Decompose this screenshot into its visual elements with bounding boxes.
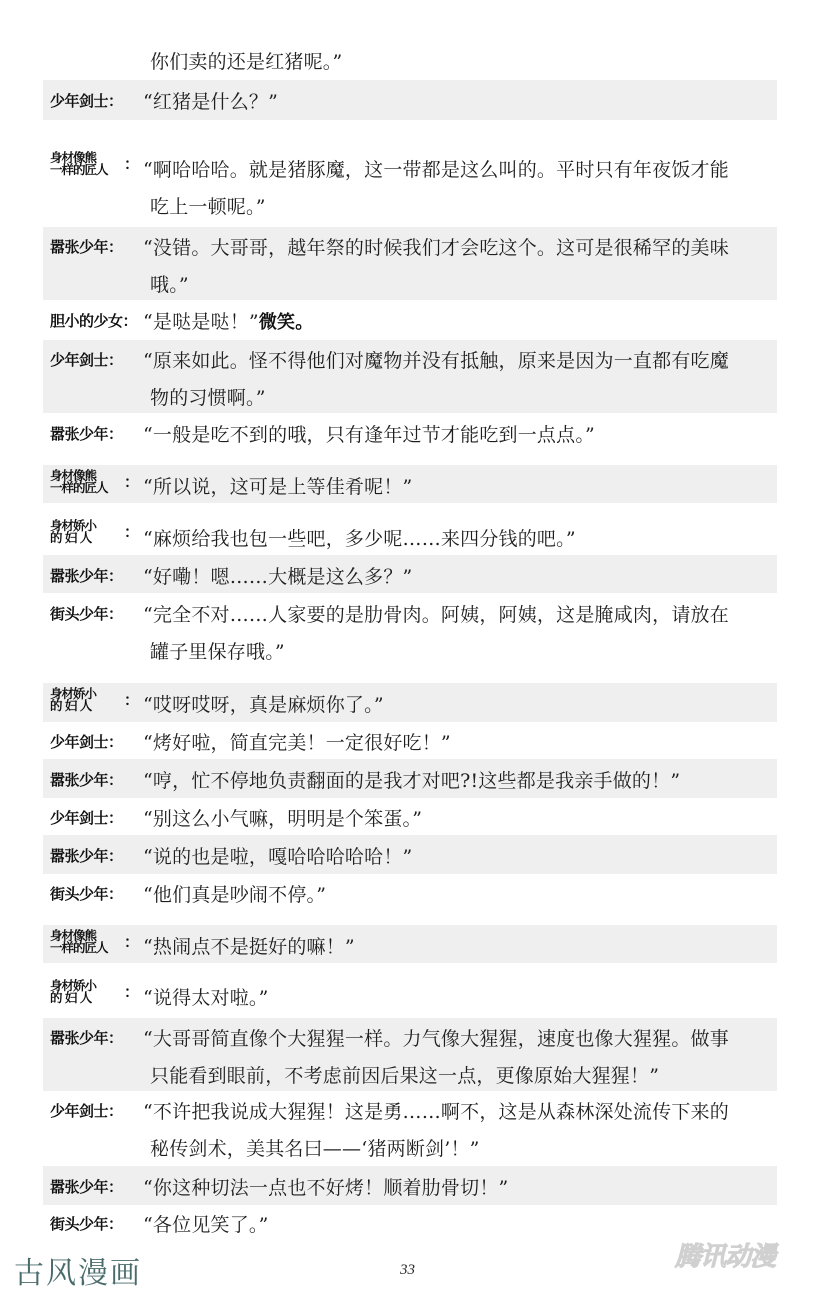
dialogue-text: “好嘞！嗯……大概是这么多？” — [143, 562, 412, 589]
dialogue-text: “不许把我说成大猩猩！这是勇……啊不，这是从森林深处流传下来的 — [143, 1097, 729, 1124]
watermark-gufeng: 古风漫画 — [14, 1248, 142, 1291]
watermark-tencent: 腾讯动漫 — [675, 1236, 775, 1273]
dialogue-text: “麻烦给我也包一些吧，多少呢……来四分钱的吧。” — [143, 524, 576, 551]
dialogue-continuation: 吃上一顿呢。” — [150, 192, 266, 219]
speaker-name: 胆小的少女： — [50, 310, 137, 331]
speaker-name: 少年剑士： — [50, 1100, 123, 1121]
speaker-name: 嚣张少年： — [50, 769, 123, 790]
dialogue-text: “啊哈哈哈。就是猪豚魔，这一带都是这么叫的。平时只有年夜饭才能 — [143, 155, 729, 182]
speaker-name: 身材娇小的 妇 人： — [50, 520, 96, 544]
speaker-name: 嚣张少年： — [50, 845, 123, 866]
speaker-name: 街头少年： — [50, 603, 123, 624]
speaker-name: 嚣张少年： — [50, 565, 123, 586]
dialogue-text: “别这么小气嘛，明明是个笨蛋。” — [143, 804, 422, 831]
speaker-name: 身材像熊一样的匠人： — [50, 470, 108, 494]
dialogue-continuation: 罐子里保存哦。” — [150, 637, 285, 664]
dialogue-text: “他们真是吵闹不停。” — [143, 880, 326, 907]
dialogue-text: “热闹点不是挺好的嘛！” — [143, 932, 355, 959]
dialogue-text: “哎呀哎呀，真是麻烦你了。” — [143, 690, 384, 717]
speaker-name: 身材娇小的 妇 人： — [50, 980, 96, 1004]
speaker-name: 身材像熊一样的匠人： — [50, 930, 108, 954]
speaker-name: 嚣张少年： — [50, 423, 123, 444]
dialogue-continuation: 只能看到眼前，不考虑前因后果这一点，更像原始大猩猩！” — [150, 1061, 659, 1088]
dialogue-text: “没错。大哥哥，越年祭的时候我们才会吃这个。这可是很稀罕的美味 — [143, 233, 729, 260]
dialogue-continuation: 哦。” — [150, 270, 189, 297]
speaker-name: 嚣张少年： — [50, 1176, 123, 1197]
speaker-name: 嚣张少年： — [50, 236, 123, 257]
speaker-name: 身材像熊一样的匠人： — [50, 152, 108, 176]
dialogue-text: “说的也是啦，嘎哈哈哈哈哈！” — [143, 842, 412, 869]
dialogue-text: “所以说，这可是上等佳肴呢！” — [143, 472, 412, 499]
dialogue-text: “各位见笑了。” — [143, 1210, 269, 1237]
speaker-name: 少年剑士： — [50, 807, 123, 828]
dialogue-text: “大哥哥简直像个大猩猩一样。力气像大猩猩，速度也像大猩猩。做事 — [143, 1024, 729, 1051]
speaker-name: 嚣张少年： — [50, 1027, 123, 1048]
dialogue-text: “红猪是什么？” — [143, 87, 278, 114]
dialogue-text: “完全不对……人家要的是肋骨肉。阿姨，阿姨，这是腌咸肉，请放在 — [143, 600, 729, 627]
dialogue-text: “烤好啦，简直完美！一定很好吃！” — [143, 728, 451, 755]
dialogue-continuation: 秘传剑术，美其名曰——‘猪两断剑’！” — [150, 1134, 480, 1161]
dialogue-text: “说得太对啦。” — [143, 983, 269, 1010]
page-number: 33 — [400, 1262, 415, 1279]
speaker-name: 街头少年： — [50, 1213, 123, 1234]
dialogue-continuation: 你们卖的还是红猪呢。” — [150, 47, 342, 74]
dialogue-text: “哼，忙不停地负责翻面的是我才对吧?!这些都是我亲手做的！” — [143, 766, 680, 793]
speaker-name: 少年剑士： — [50, 731, 123, 752]
dialogue-text: “原来如此。怪不得他们对魔物并没有抵触，原来是因为一直都有吃魔 — [143, 346, 729, 373]
dialogue-text: “一般是吃不到的哦，只有逢年过节才能吃到一点点。” — [143, 420, 595, 447]
speaker-name: 少年剑士： — [50, 349, 123, 370]
speaker-name: 街头少年： — [50, 883, 123, 904]
dialogue-text: “你这种切法一点也不好烤！顺着肋骨切！” — [143, 1173, 508, 1200]
dialogue-continuation: 物的习惯啊。” — [150, 383, 266, 410]
speaker-name: 少年剑士： — [50, 90, 123, 111]
action-text: 微笑。 — [259, 312, 314, 333]
speaker-name: 身材娇小的 妇 人： — [50, 688, 96, 712]
dialogue-text: “是哒是哒！”微笑。 — [143, 307, 313, 334]
